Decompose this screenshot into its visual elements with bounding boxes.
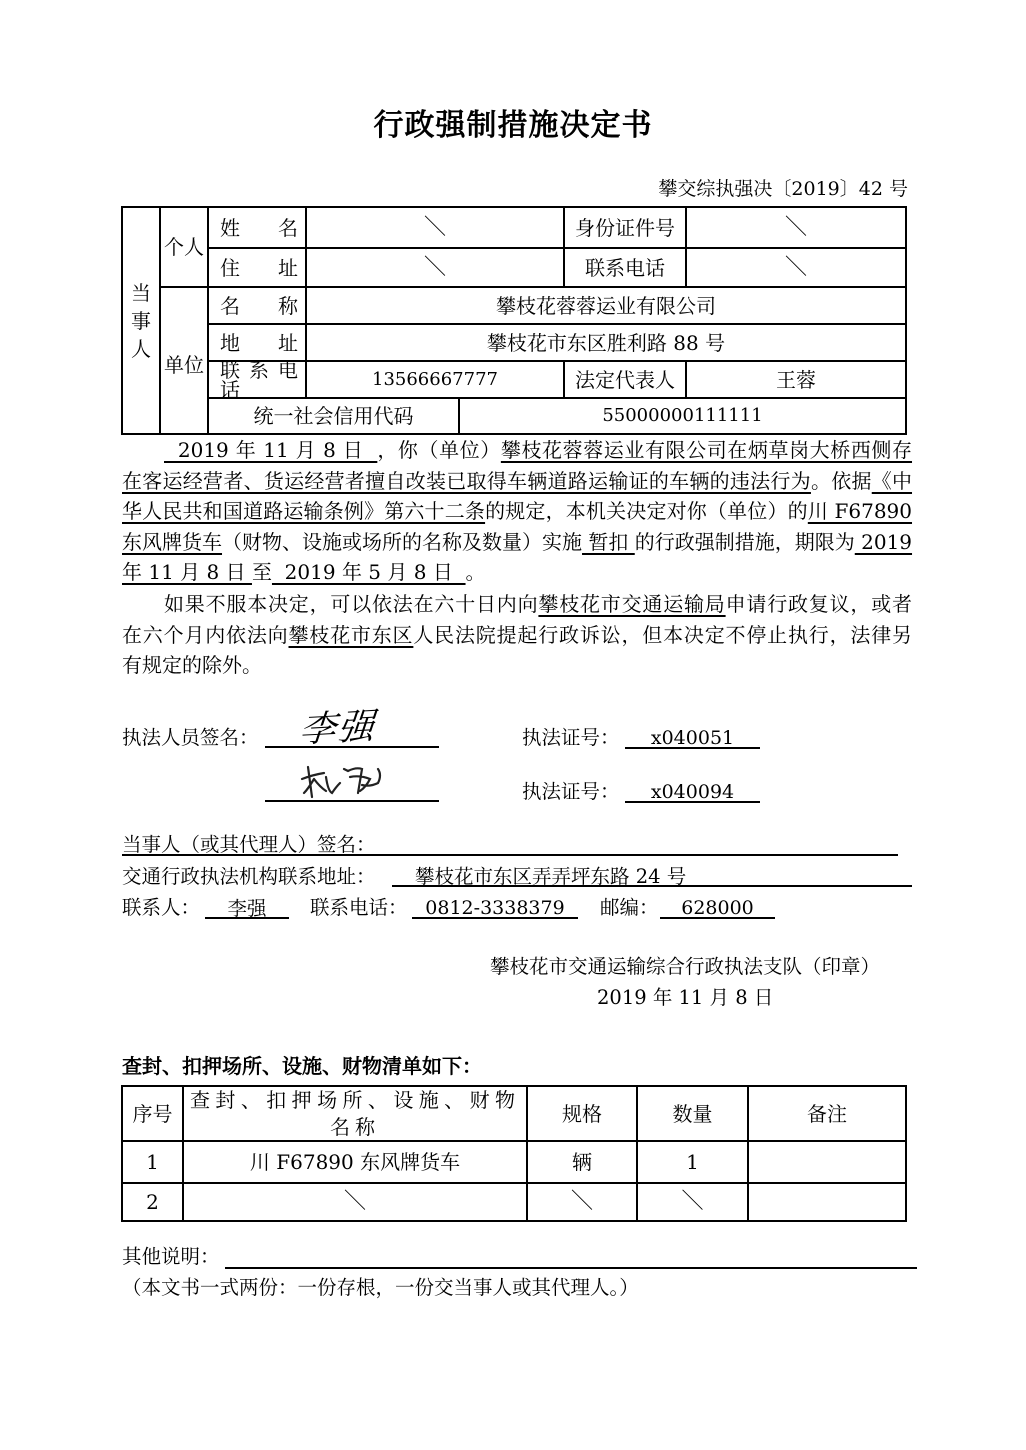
row-number: 2 [146,1192,159,1212]
paragraph-line: 如果不服本决定，可以依法在六十日内向攀枝花市交通运输局申请行政复议，或者 [122,589,912,620]
column-label: 查封、扣押场所、设施、财物名称 [190,1087,520,1141]
contact-phone-label: 联系电话： [310,898,408,918]
empty-slash: ＼ [424,257,446,279]
company-name: 攀枝花蓉蓉运业有限公司 [496,296,716,316]
credit-code-label: 统一社会信用代码 [254,406,414,426]
address-label-cell: 住址 [207,247,307,288]
col-header-no: 序号 [121,1085,184,1142]
contact-person-value: 李强 [205,899,289,919]
postcode-label: 邮编： [600,898,659,918]
officer-1-signature: 李强 [298,698,379,753]
col-header-remark: 备注 [747,1085,907,1142]
filled-field-text: 2019 年 5 月 8 日 [272,560,466,584]
table-row-1-spec: 辆 [526,1140,638,1184]
empty-slash: ＼ [785,257,807,279]
individual-id-value: ＼ [685,206,907,249]
officer-1-cert-label: 执法证号： [522,728,620,748]
paragraph-text: 。依据 [811,469,872,493]
filled-field-text: 攀枝花市东区 [289,623,414,647]
unit-name-value: 攀枝花蓉蓉运业有限公司 [305,286,907,325]
empty-slash: ＼ [681,1191,703,1213]
unit-name-label-cell: 名称 [207,286,307,325]
credit-code-label-cell: 统一社会信用代码 [207,397,460,435]
party-sign-label: 当事人（或其代理人）签名： [122,835,376,855]
paragraph-line: 年 11 月 8 日 至 2019 年 5 月 8 日 。 [122,557,912,588]
paragraph-text: 如果不服本决定，可以依法在六十日内向 [164,592,538,616]
credit-code: 55000000111111 [602,407,762,425]
officer-2-cert-value: x040094 [625,783,760,802]
unit-name-label: 名称 [220,296,298,316]
filled-field-text: 攀枝花市交通运输局 [538,592,725,616]
party-signature-line [122,854,898,856]
copies-note: （本文书一式两份：一份存根，一份交当事人或其代理人。） [122,1278,639,1298]
filled-field-text: 暂扣 [582,530,635,554]
paragraph-text: 人民法院提起行政诉讼，但本决定不停止执行，法律另 [413,623,912,647]
officer-1-cert-value: x040051 [625,729,760,748]
contact-person-line [205,917,289,919]
contact-person-label: 联系人： [122,898,200,918]
paragraph-text: 有规定的除外。 [122,653,262,677]
phone-label-cell: 联系电话 [563,247,687,288]
row-number: 1 [146,1152,159,1172]
phone-label: 联系电话 [585,258,665,278]
unit-phone-value: 13566667777 [305,360,565,399]
table-row-1-qty: 1 [636,1140,749,1184]
table-row-1-no: 1 [121,1140,184,1184]
filled-field-text: 2019 [855,530,912,554]
officer-1-signature-line [265,746,439,748]
individual-address-value: ＼ [305,247,565,288]
paragraph-line: 有规定的除外。 [122,650,912,681]
issuing-organization: 攀枝花市交通运输综合行政执法支队（印章） [490,957,880,977]
table-row-2-name: ＼ [182,1182,528,1222]
table-row-2-spec: ＼ [526,1182,638,1222]
unit-header-cell: 单位 [159,286,209,435]
vertical-char: 事 [129,307,153,335]
officer-1-cert-line [625,747,760,749]
unit-address-label: 地址 [220,333,298,353]
inventory-table: 序号 查封、扣押场所、设施、财物名称 规格 数量 备注 1 川 F67890 东… [121,1085,907,1225]
unit-phone-label: 联系电话 [220,360,298,400]
agency-address-value: 攀枝花市东区弄弄坪东路 24 号 [415,867,686,887]
legal-rep-label-cell: 法定代表人 [563,360,687,399]
issue-date: 2019 年 11 月 8 日 [597,988,773,1008]
other-notes-label: 其他说明： [122,1247,220,1267]
filled-field-text: 华人民共和国道路运输条例》第六十二条 [122,499,485,523]
decision-paragraph: 2019 年 11 月 8 日 ，你（单位）攀枝花蓉蓉运业有限公司在炳草岗大桥西… [122,435,912,588]
empty-slash: ＼ [344,1191,366,1213]
officer-2-cert-label: 执法证号： [522,782,620,802]
item-qty: 1 [686,1152,699,1172]
filled-field-text: 东风牌货车 [122,530,222,554]
party-info-table: 当事人 个人 单位 姓名 ＼ 身份证件号 ＼ 住址 ＼ 联系电话 ＼ 名称 攀枝… [121,206,907,436]
contact-phone-value: 0812-3338379 [412,899,578,918]
party-header-cell: 当事人 [121,206,161,435]
paragraph-text: 至 [252,560,272,584]
column-label: 规格 [562,1104,602,1124]
paragraph-text: 。 [466,560,486,584]
unit-phone-label-cell: 联系电话 [207,360,307,399]
individual-label: 个人 [164,237,204,257]
paragraph-text: 的行政强制措施，期限为 [635,530,855,554]
filled-field-text: 年 11 月 8 日 [122,560,252,584]
item-spec: 辆 [572,1152,592,1172]
paragraph-text: 在六个月内依法向 [122,623,289,647]
unit-address-label-cell: 地址 [207,323,307,362]
document-title: 行政强制措施决定书 [0,100,1026,144]
individual-name-value: ＼ [305,206,565,249]
id-label-cell: 身份证件号 [563,206,687,249]
col-header-name: 查封、扣押场所、设施、财物名称 [182,1085,528,1142]
column-label: 数量 [673,1104,713,1124]
credit-code-value: 55000000111111 [458,397,907,435]
contact-phone-line [412,917,578,919]
col-header-qty: 数量 [636,1085,749,1142]
table-row-2-qty: ＼ [636,1182,749,1222]
paragraph-text: 的规定，本机关决定对你（单位）的 [485,499,808,523]
vertical-char: 当 [129,279,153,307]
unit-address-value: 攀枝花市东区胜利路 88 号 [305,323,907,362]
empty-slash: ＼ [785,217,807,239]
paragraph-line: 华人民共和国道路运输条例》第六十二条的规定，本机关决定对你（单位）的川 F678… [122,496,912,527]
paragraph-line: 2019 年 11 月 8 日 ，你（单位）攀枝花蓉蓉运业有限公司在炳草岗大桥西… [122,435,912,466]
postcode-value: 628000 [660,899,775,918]
paragraph-text: 申请行政复议，或者 [726,592,912,616]
officer-2-signature [300,757,390,801]
table-row-2-remark [747,1182,907,1222]
document-number: 攀交综执强决〔2019〕42 号 [658,174,908,201]
name-label: 姓名 [220,218,298,238]
vertical-char: 人 [129,335,153,363]
column-label: 序号 [133,1104,173,1124]
col-header-spec: 规格 [526,1085,638,1142]
paragraph-text: ，你（单位） [377,438,501,462]
empty-slash: ＼ [571,1191,593,1213]
filled-field-text: 川 F67890 [808,499,912,523]
paragraph-line: 在客运经营者、货运经营者擅自改装已取得车辆道路运输证的车辆的违法行为。依据《中 [122,466,912,497]
agency-address-label: 交通行政执法机构联系地址： [122,867,376,887]
table-row-1-remark [747,1140,907,1184]
paragraph-line: 在六个月内依法向攀枝花市东区人民法院提起行政诉讼，但本决定不停止执行，法律另 [122,620,912,651]
empty-slash: ＼ [424,217,446,239]
filled-field-text: 攀枝花蓉蓉运业有限公司在炳草岗大桥西侧存 [501,438,912,462]
address-label: 住址 [220,258,298,278]
appeal-paragraph: 如果不服本决定，可以依法在六十日内向攀枝花市交通运输局申请行政复议，或者在六个月… [122,589,912,681]
postcode-line [660,917,775,919]
item-name: 川 F67890 东风牌货车 [250,1152,460,1172]
company-address: 攀枝花市东区胜利路 88 号 [487,333,725,353]
company-phone: 13566667777 [372,371,498,389]
filled-field-text: 《中 [872,469,912,493]
officer-sign-label: 执法人员签名： [122,728,259,748]
legal-rep-value: 王蓉 [685,360,907,399]
legal-rep-label: 法定代表人 [575,370,675,390]
agency-address-line [392,885,912,887]
filled-field-text: 2019 年 11 月 8 日 [164,438,377,462]
table-row-2-no: 2 [121,1182,184,1222]
unit-label: 单位 [164,355,204,375]
column-label: 备注 [807,1104,847,1124]
officer-2-signature-line [265,800,439,802]
party-label: 当事人 [129,279,153,363]
table-row-1-name: 川 F67890 东风牌货车 [182,1140,528,1184]
legal-rep-name: 王蓉 [776,370,816,390]
name-label-cell: 姓名 [207,206,307,249]
individual-header-cell: 个人 [159,206,209,288]
officer-2-cert-line [625,801,760,803]
paragraph-text: （财物、设施或场所的名称及数量）实施 [222,530,582,554]
individual-phone-value: ＼ [685,247,907,288]
inventory-heading: 查封、扣押场所、设施、财物清单如下： [122,1050,482,1079]
id-label: 身份证件号 [575,218,675,238]
other-notes-line [225,1267,917,1269]
filled-field-text: 在客运经营者、货运经营者擅自改装已取得车辆道路运输证的车辆的违法行为 [122,469,811,493]
paragraph-line: 东风牌货车（财物、设施或场所的名称及数量）实施 暂扣 的行政强制措施，期限为 2… [122,527,912,558]
